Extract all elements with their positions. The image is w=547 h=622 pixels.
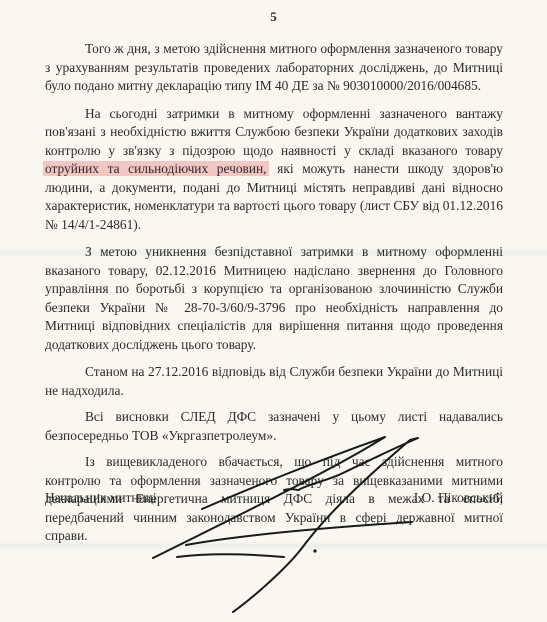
signatory-title: Начальник митниці [45,490,157,506]
signatory-name: І.О. Піковський [414,490,503,506]
paragraph-appeal: З метою уникнення безпідставної затримки… [45,243,503,354]
paragraph-conclusions: Всі висновки СЛЕД ДФС зазначені у цьому … [45,408,503,445]
paragraph-delays: На сьогодні затримки в митному оформленн… [45,105,503,235]
document-page: 5 Того ж дня, з метою здійснення митного… [0,0,547,622]
page-number: 5 [0,9,547,25]
paragraph-text: На сьогодні затримки в митному оформленн… [45,106,503,158]
letter-body: Того ж дня, з метою здійснення митного о… [45,40,503,555]
paragraph-status: Станом на 27.12.2016 відповідь від Служб… [45,363,503,400]
highlighted-phrase: отруйних та сильнодіючих речовин, [43,161,269,176]
paragraph-declaration: Того ж дня, з метою здійснення митного о… [45,40,503,96]
